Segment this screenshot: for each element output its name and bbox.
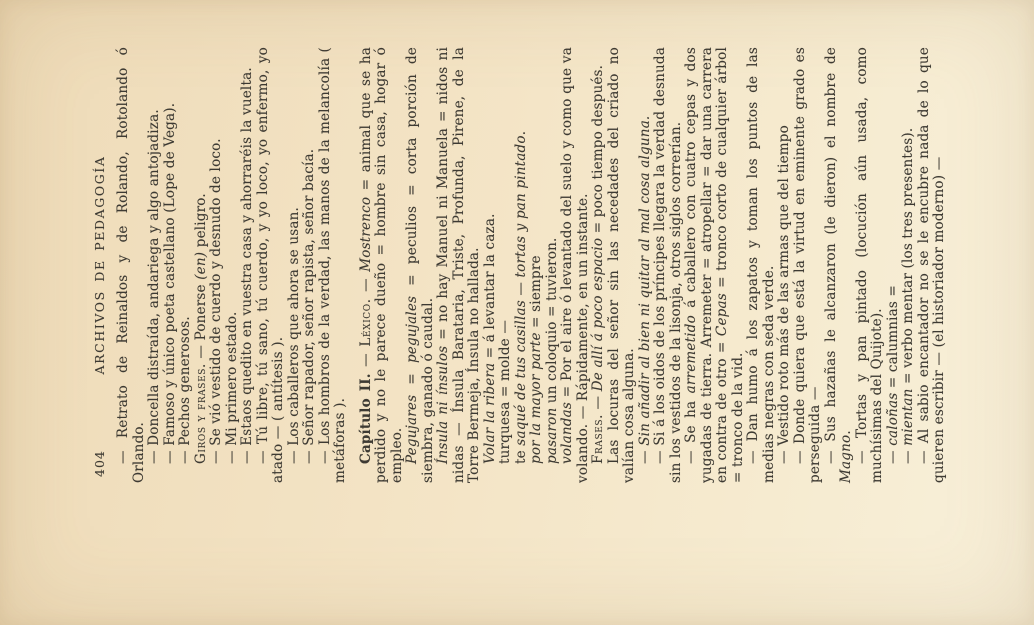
paragraph: Pegujares = pegujales = peculios = corta… (405, 47, 436, 483)
text-segment: — Donde quiera que está la virtud en emi… (792, 47, 824, 483)
paragraph: Ínsula ni ínsulos = no hay Manuel ni Man… (436, 47, 483, 483)
text-segment: . (838, 430, 854, 435)
text-segment: Pegujares (404, 395, 420, 464)
text-segment: Volar la ribera (482, 363, 498, 464)
paragraph: — mientan = verbo mentar (los tres prese… (901, 47, 917, 483)
text-segment: Giros y frases. (193, 363, 209, 464)
paragraph: — Si á los oidos de los príncipes llegar… (653, 47, 684, 483)
text-segment: — (590, 391, 606, 414)
paragraph: — Sin añadir al bien ni quitar al mal co… (638, 47, 654, 483)
text-segment: turquesa = molde — (497, 320, 513, 464)
paragraph: por la mayor parte = siempre (529, 47, 545, 483)
text-segment: = (404, 363, 420, 395)
text-segment: — (513, 277, 529, 300)
paragraph: — Tú libre, tú sano, tú cuerdo, y yo loc… (256, 47, 287, 483)
text-segment: — (885, 446, 901, 464)
text-segment: — Pechos generosos. (177, 316, 193, 464)
text-segment: por la mayor parte (528, 332, 544, 464)
paragraph: Giros y frases. — Ponerse (en) peligro. (194, 47, 210, 483)
text-segment: arremetido (683, 315, 699, 393)
page-content: 404 ARCHIVOS DE PEDAGOGÍA — Retrato de R… (0, 0, 948, 625)
page-number: 404 (92, 450, 108, 477)
paragraph: — Mi primero estado. (225, 47, 241, 483)
text-segment: — Señor rapador, señor rapista, señor ba… (301, 149, 317, 464)
paragraph: — caloñas = calumnias = (886, 47, 902, 483)
text-segment: Las locuras del señor sin las necedades … (606, 47, 638, 483)
text-segment: — (358, 347, 374, 374)
paragraph: — Estaos quedito en vuestra casa y ahorr… (240, 47, 256, 483)
text-segment: te (513, 446, 529, 464)
text-segment: — Si á los oidos de los príncipes llegar… (652, 47, 684, 483)
text-segment: pasaron (544, 408, 560, 464)
paragraph: te saqué de tus casillas — tortas y pan … (514, 47, 530, 483)
scanned-book-page: 404 ARCHIVOS DE PEDAGOGÍA — Retrato de R… (0, 0, 1034, 625)
paragraph: Volar la ribera = á levantar la caza. (483, 47, 499, 483)
text-segment: — Los caballeros que ahora se usan. (286, 207, 302, 464)
text-segment: = verbo mentar (los tres presentes). (900, 128, 916, 389)
paragraph: — Retrato de Reinaldos y de Rolando, Rot… (116, 47, 147, 483)
text-segment: — Los hombros de la verdad, las manos de… (317, 47, 349, 483)
paragraph: — Tortas y pan pintado (locución aún usa… (855, 47, 886, 483)
text-segment: Mostrenco (358, 197, 374, 272)
text-segment: Sin añadir al bien ni quitar al mal cosa… (637, 116, 653, 446)
paragraph: — Señor rapador, señor rapista, señor ba… (302, 47, 318, 483)
text-segment: volandas (559, 402, 575, 464)
paragraph: — Doncella distraída, andariega y algo a… (147, 47, 163, 483)
paragraph: — Se ha arremetido á caballero con cuatr… (684, 47, 746, 483)
text-segment: De allí á poco espacio (590, 238, 606, 392)
paragraph: — Los caballeros que ahora se usan. (287, 47, 303, 483)
text-segment: — Doncella distraída, andariega y algo a… (146, 109, 162, 464)
text-segment: Frases. (590, 414, 606, 464)
text-segment: = calumnias = (885, 285, 901, 393)
text-segment: — Sus hazañas le alcanzaron (le dieron) … (823, 47, 839, 464)
paragraph: — Donde quiera que está la virtud en emi… (793, 47, 824, 483)
text-segment: — (900, 446, 916, 464)
text-segment: Magno (838, 435, 854, 483)
text-body: — Retrato de Reinaldos y de Rolando, Rot… (116, 47, 948, 483)
text-segment: Léxico. (358, 298, 374, 346)
paragraph: — Se vió vestido de cuerdo y desnudo de … (209, 47, 225, 483)
text-segment: = á levantar la caza. (482, 213, 498, 362)
text-segment: — Se vió vestido de cuerdo y desnudo de … (208, 138, 224, 464)
text-segment: tortas y pan pintado (513, 135, 529, 277)
text-segment: — (358, 272, 374, 299)
text-segment: — Al sabio encantador no se le encubre n… (916, 47, 948, 483)
text-segment: = siempre (528, 255, 544, 332)
paragraph: Frases. — De allí á poco espacio = poco … (591, 47, 607, 483)
paragraph: Las locuras del señor sin las necedades … (607, 47, 638, 483)
text-segment: = poco tiempo después. (590, 65, 606, 238)
paragraph: — Sus hazañas le alcanzaron (le dieron) … (824, 47, 855, 483)
text-segment: (en) (193, 252, 209, 280)
text-segment: — Se ha (683, 393, 699, 464)
running-head: 404 ARCHIVOS DE PEDAGOGÍA (92, 47, 109, 483)
paragraph: pasaron un coloquio = tuvieron. (545, 47, 561, 483)
text-segment: mientan (900, 388, 916, 445)
paragraph: Capítulo II. — Léxico. — Mostrenco = ani… (359, 47, 406, 483)
text-segment: peligro. (193, 193, 209, 252)
paragraph: — Vestido roto más de las armas que del … (777, 47, 793, 483)
paragraph: — Pechos generosos. (178, 47, 194, 483)
text-segment: — Tú libre, tú sano, tú cuerdo, y yo loc… (255, 47, 287, 483)
text-segment: caloñas (885, 393, 901, 446)
text-segment: — (637, 446, 653, 464)
paragraph: turquesa = molde — (498, 47, 514, 483)
text-segment: — Famoso y único poeta castellano (Lope … (162, 103, 178, 464)
text-segment: — Dan humo á los zapatos y toman los pun… (745, 47, 777, 483)
journal-title: ARCHIVOS DE PEDAGOGÍA (92, 47, 108, 483)
text-segment: Cepas (714, 293, 730, 336)
text-segment: — Estaos quedito en vuestra casa y ahorr… (239, 67, 255, 464)
text-segment: — Ponerse (193, 280, 209, 363)
paragraph: — Dan humo á los zapatos y toman los pun… (746, 47, 777, 483)
text-segment: Ínsula ni ínsulos (435, 346, 451, 464)
text-segment: — Retrato de Reinaldos y de Rolando, Rot… (115, 47, 147, 483)
rotated-page: 404 ARCHIVOS DE PEDAGOGÍA — Retrato de R… (0, 0, 1034, 625)
paragraph: — Los hombros de la verdad, las manos de… (318, 47, 349, 483)
paragraph: — Al sabio encantador no se le encubre n… (917, 47, 948, 483)
text-segment: saqué de tus casillas (513, 300, 529, 446)
text-segment: — Tortas y pan pintado (locución aún usa… (854, 47, 886, 483)
text-segment: — Mi primero estado. (224, 311, 240, 464)
text-segment: — Vestido roto más de las armas que del … (776, 125, 792, 464)
text-segment: un coloquio = tuvieron. (544, 237, 560, 407)
text-segment: Capítulo II. (358, 373, 374, 464)
paragraph: volandas = Por el aire ó levantado del s… (560, 47, 591, 483)
text-segment: . (513, 131, 529, 136)
text-segment: pegujales (404, 296, 420, 363)
paragraph: — Famoso y único poeta castellano (Lope … (163, 47, 179, 483)
